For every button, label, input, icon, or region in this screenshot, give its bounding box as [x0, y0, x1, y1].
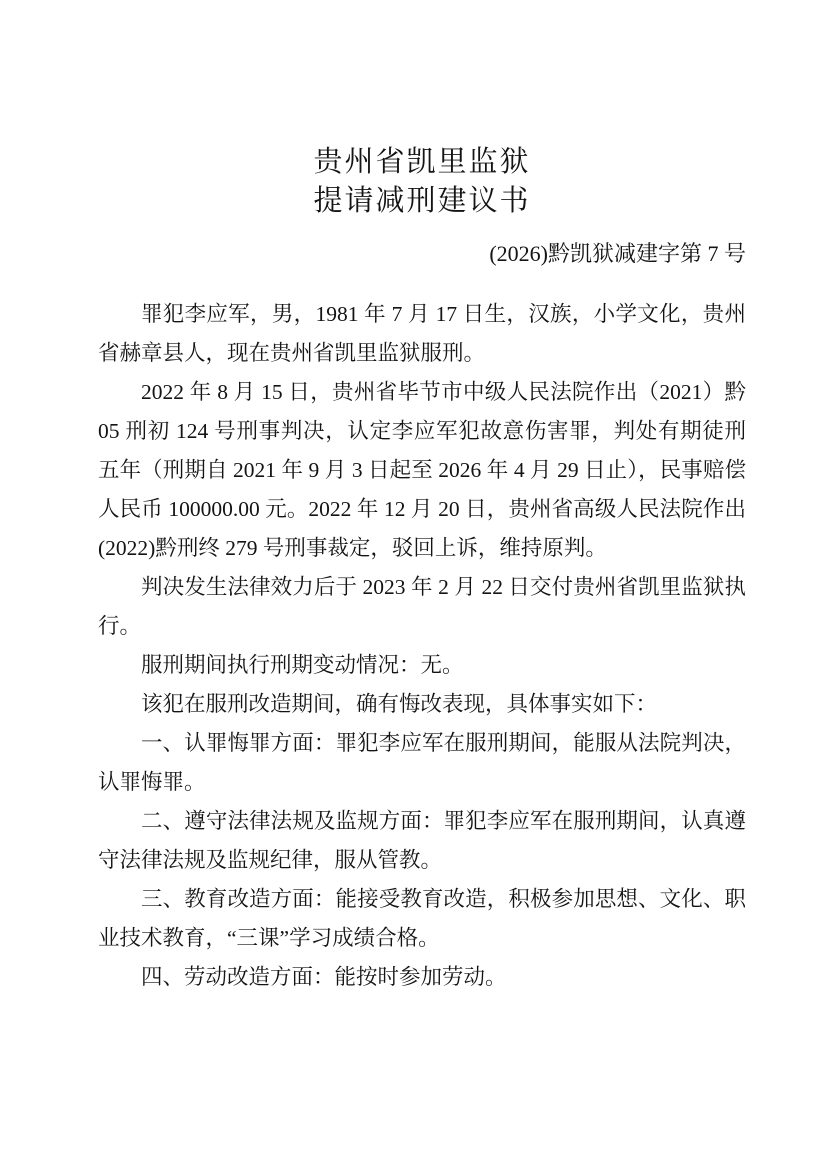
paragraph: 四、劳动改造方面：能按时参加劳动。 [98, 958, 746, 997]
document-body: 罪犯李应军，男，1981 年 7 月 17 日生，汉族，小学文化，贵州省赫章县人… [98, 295, 746, 997]
document-page: 贵州省凯里监狱 提请减刑建议书 (2026)黔凯狱减建字第 7 号 罪犯李应军，… [0, 0, 827, 1169]
paragraph: 判决发生法律效力后于 2023 年 2 月 22 日交付贵州省凯里监狱执行。 [98, 568, 746, 646]
document-content: 贵州省凯里监狱 提请减刑建议书 (2026)黔凯狱减建字第 7 号 罪犯李应军，… [98, 143, 746, 997]
document-title: 贵州省凯里监狱 提请减刑建议书 [98, 143, 746, 221]
paragraph: 三、教育改造方面：能接受教育改造，积极参加思想、文化、职业技术教育，“三课”学习… [98, 880, 746, 958]
title-line-2: 提请减刑建议书 [98, 182, 746, 221]
document-number: (2026)黔凯狱减建字第 7 号 [98, 238, 746, 269]
paragraph: 该犯在服刑改造期间，确有悔改表现，具体事实如下： [98, 685, 746, 724]
paragraph: 二、遵守法律法规及监规方面：罪犯李应军在服刑期间，认真遵守法律法规及监规纪律，服… [98, 802, 746, 880]
paragraph: 一、认罪悔罪方面：罪犯李应军在服刑期间，能服从法院判决，认罪悔罪。 [98, 724, 746, 802]
title-line-1: 贵州省凯里监狱 [98, 143, 746, 182]
paragraph: 2022 年 8 月 15 日，贵州省毕节市中级人民法院作出（2021）黔 05… [98, 373, 746, 568]
paragraph: 服刑期间执行刑期变动情况：无。 [98, 646, 746, 685]
paragraph: 罪犯李应军，男，1981 年 7 月 17 日生，汉族，小学文化，贵州省赫章县人… [98, 295, 746, 373]
